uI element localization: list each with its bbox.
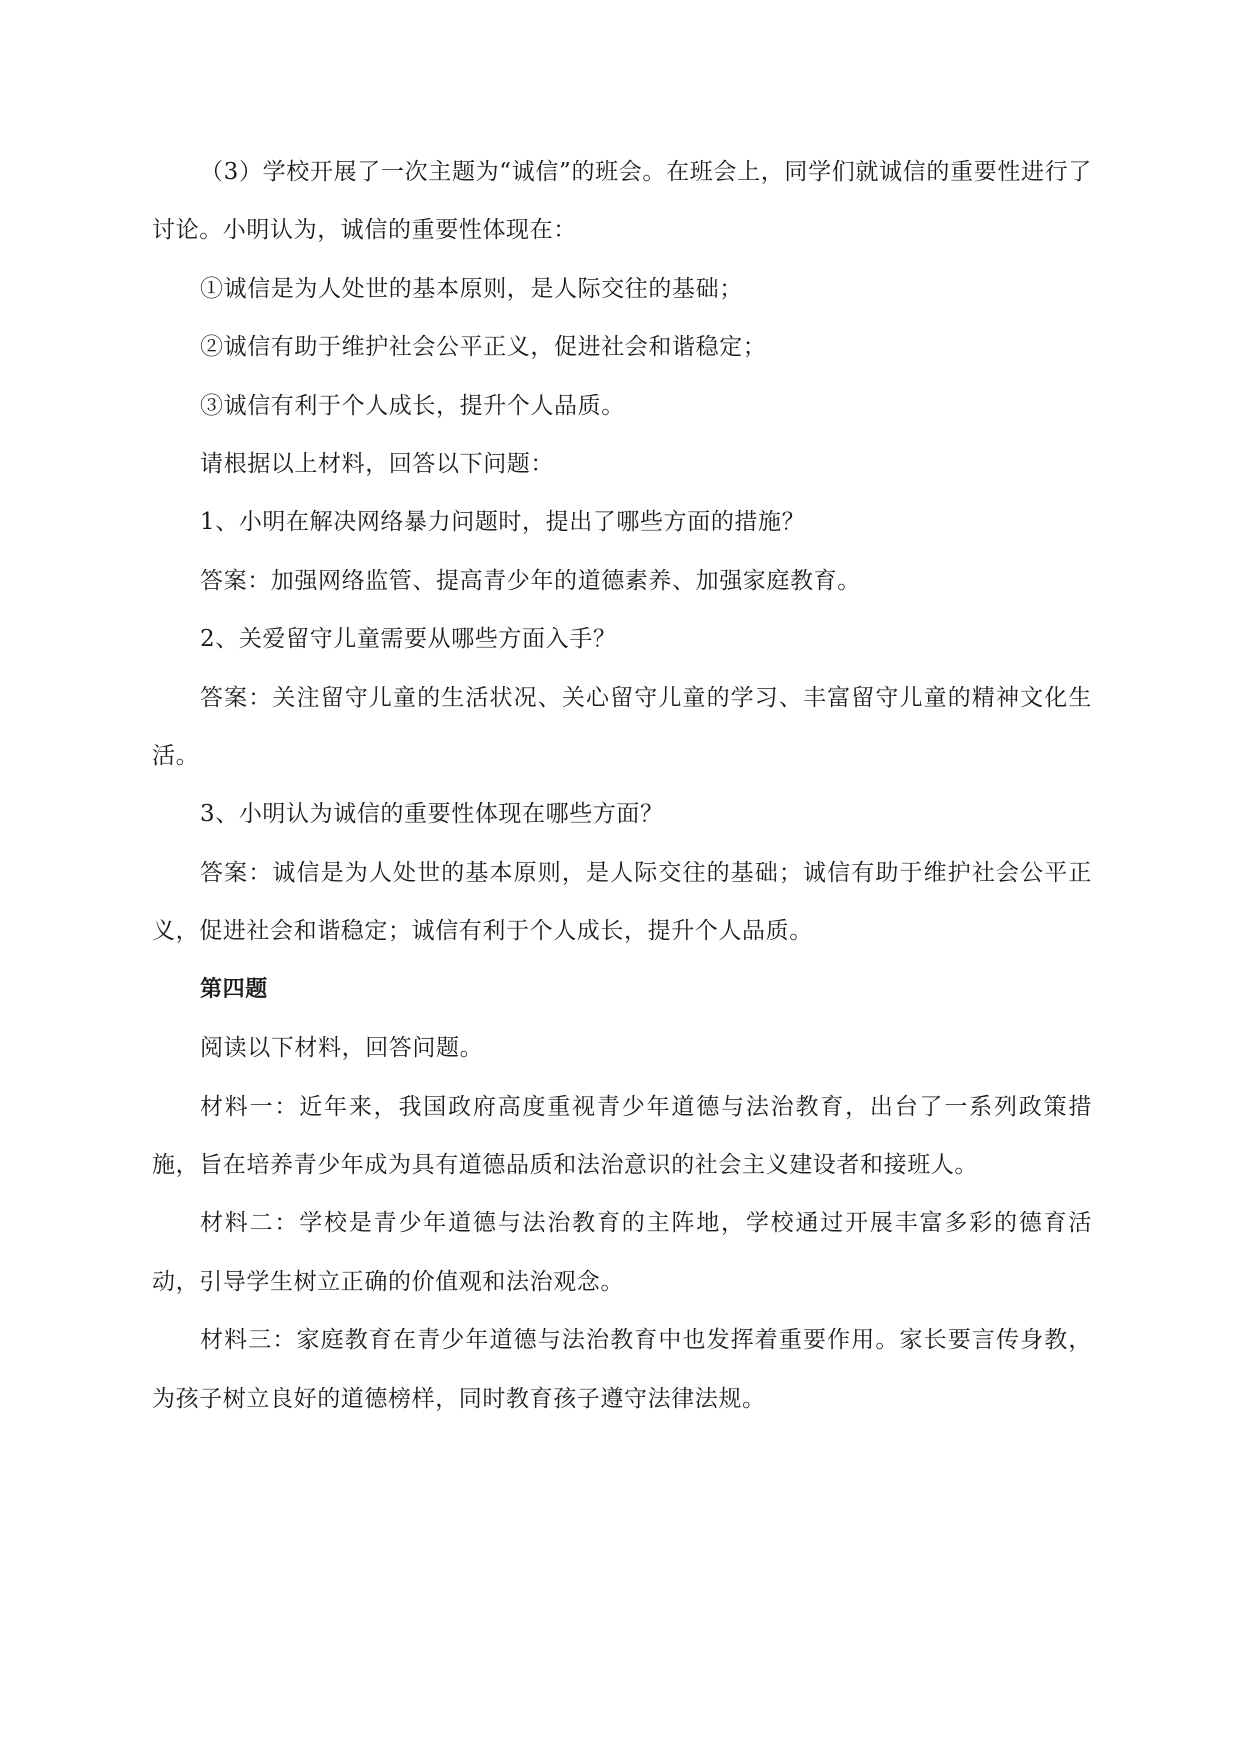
point-1: ①诚信是为人处世的基本原则，是人际交往的基础； (152, 260, 1092, 318)
document-page: （3）学校开展了一次主题为“诚信”的班会。在班会上，同学们就诚信的重要性进行了讨… (152, 143, 1092, 1428)
questions-prompt: 请根据以上材料，回答以下问题： (152, 435, 1092, 493)
part3-intro: （3）学校开展了一次主题为“诚信”的班会。在班会上，同学们就诚信的重要性进行了讨… (152, 143, 1092, 260)
question-3: 3、小明认为诚信的重要性体现在哪些方面？ (152, 785, 1092, 843)
answer-3: 答案：诚信是为人处世的基本原则，是人际交往的基础；诚信有助于维护社会公平正义，促… (152, 844, 1092, 961)
answer-1: 答案：加强网络监管、提高青少年的道德素养、加强家庭教育。 (152, 552, 1092, 610)
point-3: ③诚信有利于个人成长，提升个人品质。 (152, 377, 1092, 435)
question-2: 2、关爱留守儿童需要从哪些方面入手？ (152, 610, 1092, 668)
point-2: ②诚信有助于维护社会公平正义，促进社会和谐稳定； (152, 318, 1092, 376)
material-3: 材料三：家庭教育在青少年道德与法治教育中也发挥着重要作用。家长要言传身教，为孩子… (152, 1311, 1092, 1428)
question-1: 1、小明在解决网络暴力问题时，提出了哪些方面的措施？ (152, 493, 1092, 551)
material-2: 材料二：学校是青少年道德与法治教育的主阵地，学校通过开展丰富多彩的德育活动，引导… (152, 1194, 1092, 1311)
material-1: 材料一：近年来，我国政府高度重视青少年道德与法治教育，出台了一系列政策措施，旨在… (152, 1078, 1092, 1195)
section-heading: 第四题 (152, 961, 1092, 1019)
section-instruction: 阅读以下材料，回答问题。 (152, 1019, 1092, 1077)
answer-2: 答案：关注留守儿童的生活状况、关心留守儿童的学习、丰富留守儿童的精神文化生活。 (152, 669, 1092, 786)
